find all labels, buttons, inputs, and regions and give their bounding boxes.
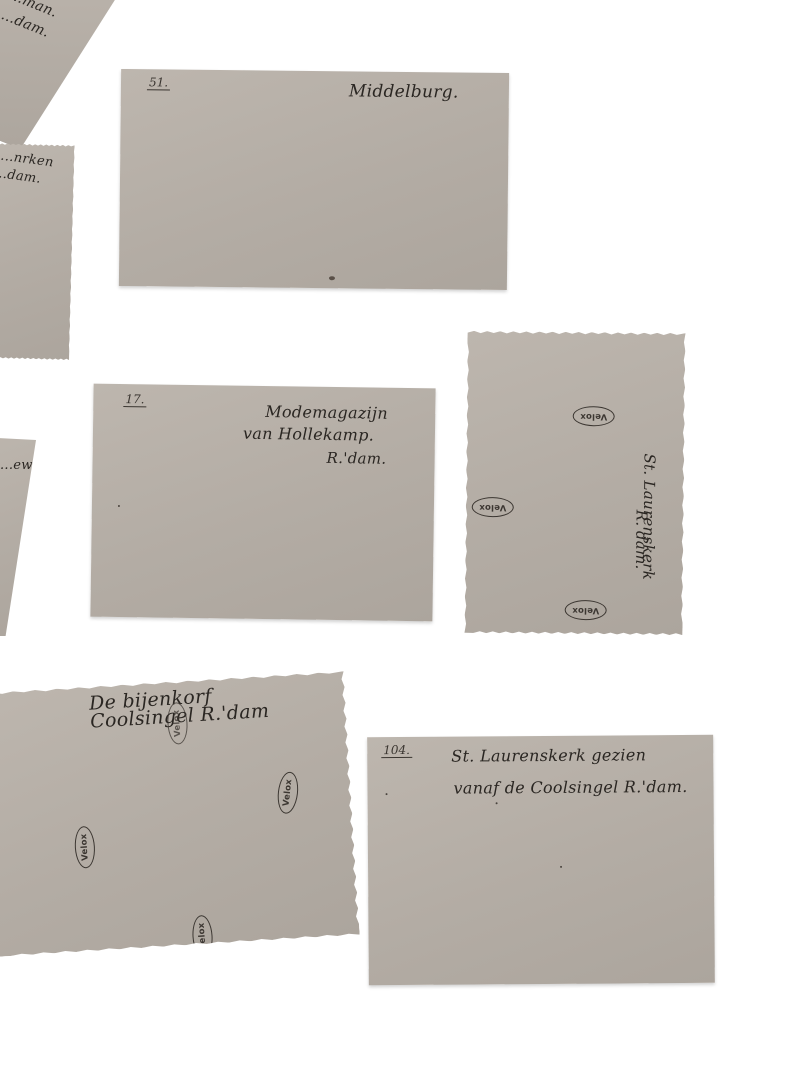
caption-line: ...ew bbox=[0, 458, 33, 473]
caption-line: ...dam. bbox=[0, 166, 42, 187]
caption-line: R.'dam. bbox=[327, 449, 387, 468]
velox-stamp: Velox bbox=[191, 915, 214, 958]
photo-number: 51. bbox=[147, 75, 170, 90]
velox-stamp: Velox bbox=[573, 406, 615, 426]
photo-card-middelburg: 51. Middelburg. bbox=[119, 69, 509, 290]
photo-card-de-bijenkorf: De bijenkorf Coolsingel R.'dam Velox Vel… bbox=[0, 671, 360, 957]
photo-card-st-laurenskerk-vertical: Velox Velox Velox St. Laurenskerk R.'dam… bbox=[464, 331, 685, 635]
velox-stamp: Velox bbox=[276, 771, 301, 815]
velox-stamp: Velox bbox=[565, 600, 607, 620]
caption-line: R.'dam. bbox=[632, 510, 651, 570]
stain bbox=[329, 276, 335, 280]
photo-number: 17. bbox=[123, 392, 146, 407]
speck bbox=[496, 802, 498, 804]
photo-number: 104. bbox=[381, 743, 412, 758]
caption-line: Modemagazijn bbox=[265, 402, 388, 423]
photo-card-partial-mid-left: ...nrken ...dam. bbox=[0, 143, 75, 360]
caption-line: van Hollekamp. bbox=[243, 424, 374, 445]
velox-stamp: Velox bbox=[472, 497, 514, 517]
velox-stamp: Velox bbox=[74, 826, 97, 869]
photo-card-st-laurenskerk-coolsingel: 104. St. Laurenskerk gezien vanaf de Coo… bbox=[367, 735, 715, 985]
speck bbox=[118, 505, 120, 507]
caption-line: Middelburg. bbox=[349, 81, 459, 102]
photo-card-modemagazijn: 17. Modemagazijn van Hollekamp. R.'dam. bbox=[90, 384, 435, 622]
speck bbox=[386, 793, 388, 795]
caption-line: St. Laurenskerk gezien bbox=[451, 745, 646, 765]
photo-card-partial-lower-left: ...ew bbox=[0, 436, 36, 636]
speck bbox=[560, 866, 562, 868]
caption-line: vanaf de Coolsingel R.'dam. bbox=[453, 777, 687, 798]
